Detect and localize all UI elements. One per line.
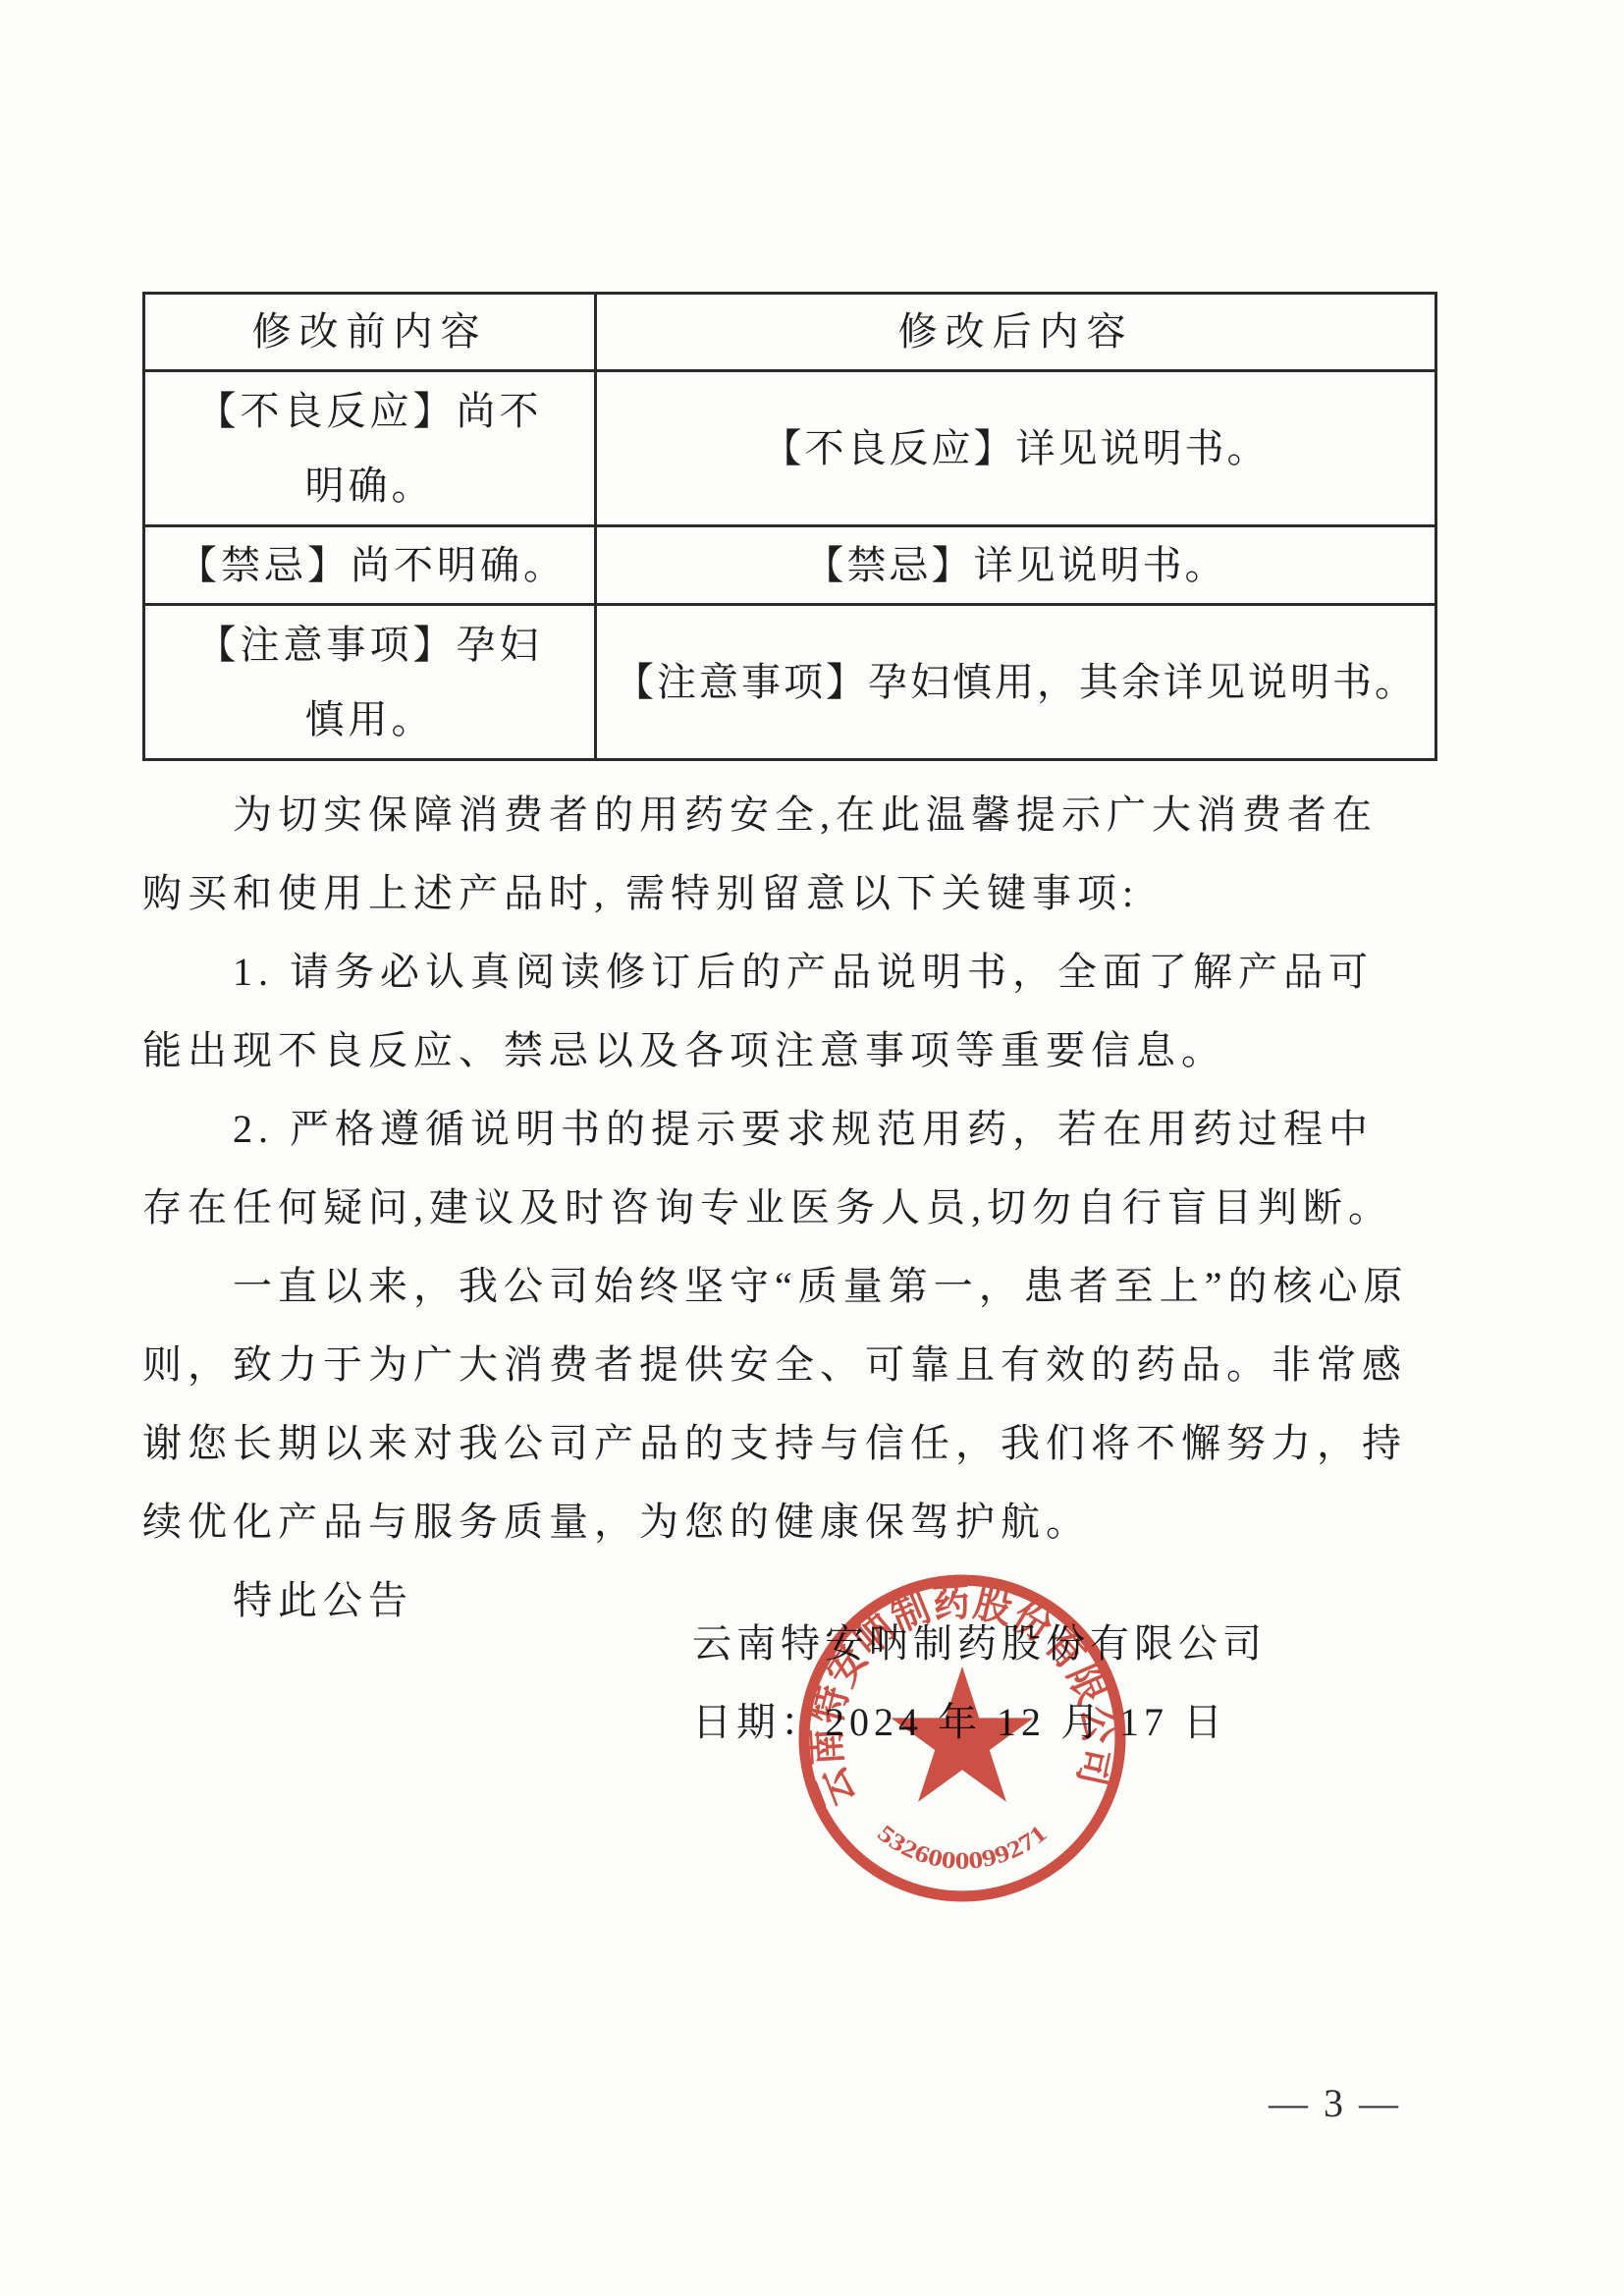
date-line: 日期：2024 年 12 月 17 日 — [692, 1697, 1227, 1748]
table-header-row: 修改前内容 修改后内容 — [144, 294, 1436, 371]
body-line: 一直以来，我公司始终坚守“质量第一，患者至上”的核心原 — [142, 1247, 1517, 1326]
cell-after-adverse: 【不良反应】详见说明书。 — [596, 371, 1436, 526]
table-row: 【不良反应】尚不明确。 【不良反应】详见说明书。 — [144, 371, 1436, 526]
revision-table: 修改前内容 修改后内容 【不良反应】尚不明确。 【不良反应】详见说明书。 【禁忌… — [142, 292, 1437, 761]
body-line: 则，致力于为广大消费者提供安全、可靠且有效的药品。非常感 — [142, 1326, 1517, 1404]
table-row: 【注意事项】孕妇慎用。 【注意事项】孕妇慎用，其余详见说明书。 — [144, 605, 1436, 760]
body-line: 2. 严格遵循说明书的提示要求规范用药，若在用药过程中 — [142, 1090, 1517, 1169]
cell-after-precautions: 【注意事项】孕妇慎用，其余详见说明书。 — [596, 605, 1436, 760]
body-line: 谢您长期以来对我公司产品的支持与信任，我们将不懈努力，持 — [142, 1404, 1517, 1483]
announcement-page: 修改前内容 修改后内容 【不良反应】尚不明确。 【不良反应】详见说明书。 【禁忌… — [0, 0, 1624, 2296]
body-text: 为切实保障消费者的用药安全,在此温馨提示广大消费者在 购买和使用上述产品时, 需… — [142, 776, 1517, 1640]
page-number: — 3 — — [1269, 2080, 1401, 2126]
header-before: 修改前内容 — [144, 294, 596, 371]
table-row: 【禁忌】尚不明确。 【禁忌】详见说明书。 — [144, 526, 1436, 605]
body-line: 存在任何疑问,建议及时咨询专业医务人员,切勿自行盲目判断。 — [142, 1169, 1517, 1247]
cell-before-contraindication: 【禁忌】尚不明确。 — [144, 526, 596, 605]
seal-code: 5326000099271 — [872, 1820, 1052, 1874]
cell-after-contraindication: 【禁忌】详见说明书。 — [596, 526, 1436, 605]
cell-before-precautions: 【注意事项】孕妇慎用。 — [144, 605, 596, 760]
cell-before-adverse: 【不良反应】尚不明确。 — [144, 371, 596, 526]
svg-text:5326000099271: 5326000099271 — [872, 1820, 1052, 1874]
body-line: 续优化产品与服务质量，为您的健康保驾护航。 — [142, 1483, 1517, 1561]
body-line: 为切实保障消费者的用药安全,在此温馨提示广大消费者在 — [142, 776, 1517, 854]
body-line: 能出现不良反应、禁忌以及各项注意事项等重要信息。 — [142, 1011, 1517, 1090]
company-name: 云南特安呐制药股份有限公司 — [692, 1618, 1267, 1669]
header-after: 修改后内容 — [596, 294, 1436, 371]
body-line: 购买和使用上述产品时, 需特别留意以下关键事项: — [142, 854, 1517, 933]
body-line: 1. 请务必认真阅读修订后的产品说明书，全面了解产品可 — [142, 933, 1517, 1011]
